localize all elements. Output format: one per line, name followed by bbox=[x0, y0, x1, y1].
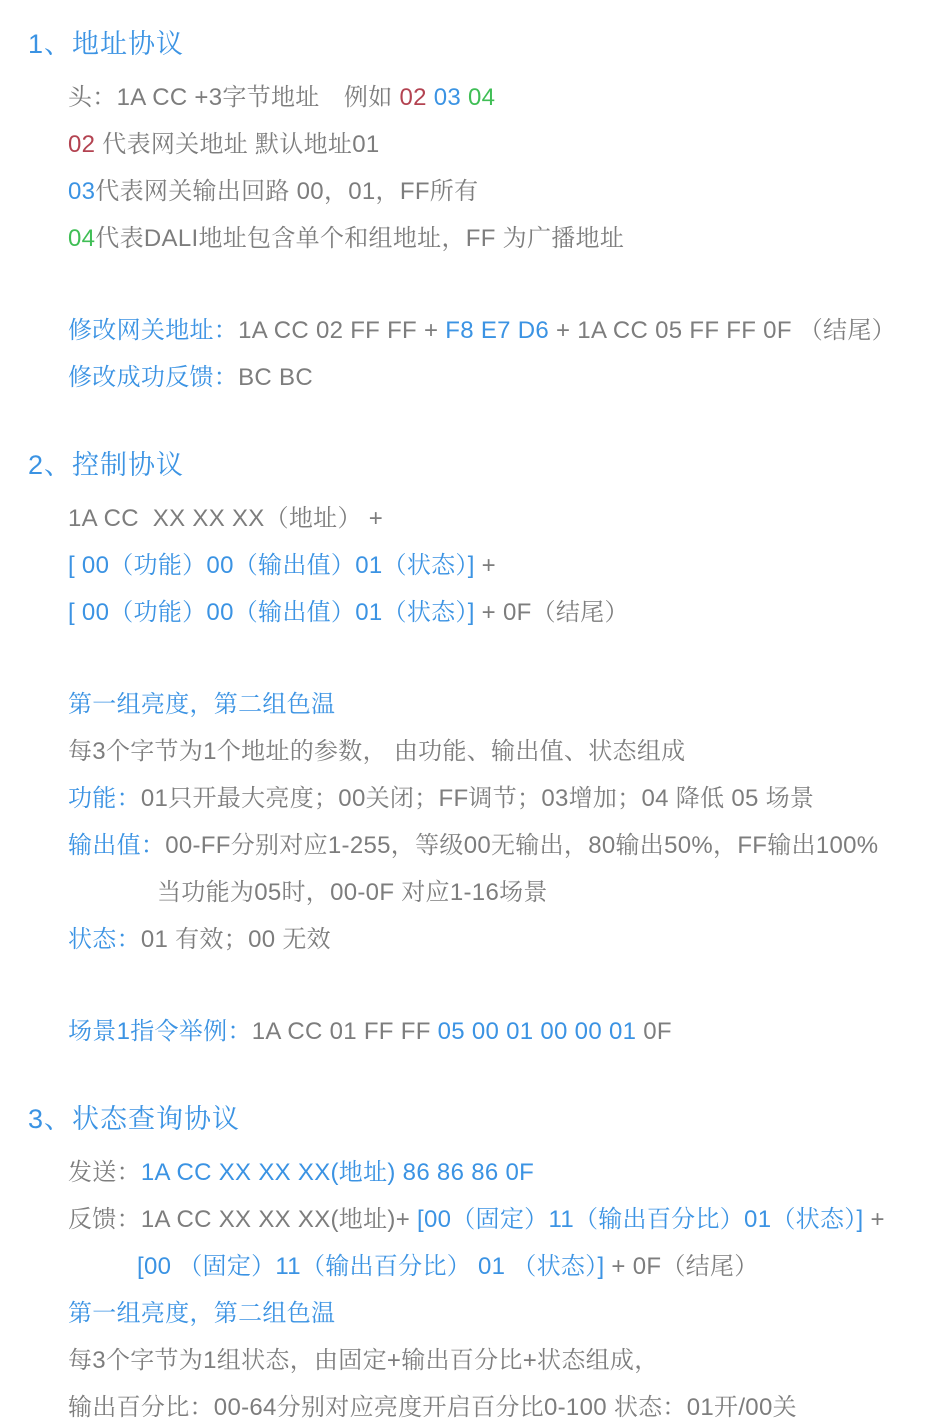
text-line: 03代表网关输出回路 00，01，FF所有 bbox=[68, 168, 920, 215]
section-body: 1A CC XX XX XX（地址） +[ 00（功能）00（输出值）01（状态… bbox=[68, 495, 920, 1055]
text-span: 第一组亮度，第二组色温 bbox=[68, 691, 335, 718]
text-span: 每3个字节为1组状态，由固定+输出百分比+状态组成， bbox=[68, 1347, 659, 1374]
text-span: 输出值： bbox=[68, 832, 165, 859]
section-body: 发送：1A CC XX XX XX(地址) 86 86 86 0F反馈：1A C… bbox=[68, 1149, 920, 1425]
text-block: 头：1A CC +3字节地址 例如 02 03 0402 代表网关地址 默认地址… bbox=[68, 74, 920, 262]
text-span: 1A CC XX XX XX(地址) 86 86 86 0F bbox=[141, 1159, 534, 1186]
text-span: [ 00（功能）00（输出值）01（状态）] bbox=[68, 552, 482, 579]
text-span bbox=[427, 84, 434, 111]
text-span: 1A CC 02 FF FF + bbox=[238, 317, 445, 344]
section-body: 头：1A CC +3字节地址 例如 02 03 0402 代表网关地址 默认地址… bbox=[68, 74, 920, 401]
text-line: [ 00（功能）00（输出值）01（状态）] + bbox=[68, 542, 920, 589]
text-line: 第一组亮度，第二组色温 bbox=[68, 681, 920, 728]
text-line: 场景1指令举例：1A CC 01 FF FF 05 00 01 00 00 01… bbox=[68, 1008, 920, 1055]
text-block: 第一组亮度，第二组色温每3个字节为1个地址的参数， 由功能、输出值、状态组成功能… bbox=[68, 681, 920, 963]
text-line: [00 （固定）11（输出百分比） 01 （状态）] + 0F（结尾） bbox=[68, 1243, 920, 1290]
text-line: 头：1A CC +3字节地址 例如 02 03 04 bbox=[68, 74, 920, 121]
text-span: 02 bbox=[399, 84, 426, 111]
text-line: 输出百分比：00-64分别对应亮度开启百分比0-100 状态：01开/00关 bbox=[68, 1384, 920, 1425]
text-line: 04代表DALI地址包含单个和组地址，FF 为广播地址 bbox=[68, 215, 920, 262]
text-span: 03 bbox=[68, 178, 95, 205]
text-line: 每3个字节为1个地址的参数， 由功能、输出值、状态组成 bbox=[68, 728, 920, 775]
text-line: 修改网关地址：1A CC 02 FF FF + F8 E7 D6 + 1A CC… bbox=[68, 307, 920, 354]
text-line: 1A CC XX XX XX（地址） + bbox=[68, 495, 920, 542]
sections: 1、地址协议头：1A CC +3字节地址 例如 02 03 0402 代表网关地… bbox=[28, 26, 920, 1425]
text-span: 修改网关地址： bbox=[68, 317, 238, 344]
text-block: 发送：1A CC XX XX XX(地址) 86 86 86 0F反馈：1A C… bbox=[68, 1149, 920, 1425]
text-span: BC BC bbox=[238, 364, 313, 391]
text-line: 发送：1A CC XX XX XX(地址) 86 86 86 0F bbox=[68, 1149, 920, 1196]
section-heading: 3、状态查询协议 bbox=[28, 1101, 920, 1137]
text-line: [ 00（功能）00（输出值）01（状态）] + 0F（结尾） bbox=[68, 589, 920, 636]
text-span: 00-FF分别对应1-255，等级00无输出，80输出50%，FF输出100% bbox=[165, 832, 878, 859]
text-span: 代表网关地址 默认地址01 bbox=[95, 131, 379, 158]
text-block: 修改网关地址：1A CC 02 FF FF + F8 E7 D6 + 1A CC… bbox=[68, 307, 920, 401]
text-span: 04 bbox=[468, 84, 495, 111]
text-span: 头：1A CC +3字节地址 例如 bbox=[68, 84, 399, 111]
text-span: 01只开最大亮度；00关闭；FF调节；03增加；04 降低 05 场景 bbox=[141, 785, 814, 812]
text-span: 04 bbox=[68, 225, 95, 252]
text-span bbox=[461, 84, 468, 111]
text-line: 每3个字节为1组状态，由固定+输出百分比+状态组成， bbox=[68, 1337, 920, 1384]
text-span: F8 E7 D6 bbox=[445, 317, 549, 344]
text-span: 状态： bbox=[68, 926, 141, 953]
text-span: 01 有效；00 无效 bbox=[141, 926, 331, 953]
protocol-document-page: { "colors": { "blue": "#3b93e3", "red": … bbox=[0, 0, 950, 1425]
text-span: + 1A CC 05 FF FF 0F （结尾） bbox=[549, 317, 896, 344]
text-line: 修改成功反馈：BC BC bbox=[68, 354, 920, 401]
text-span: 反馈：1A CC XX XX XX(地址)+ bbox=[68, 1206, 417, 1233]
text-span: + 0F（结尾） bbox=[482, 599, 629, 626]
text-block: 场景1指令举例：1A CC 01 FF FF 05 00 01 00 00 01… bbox=[68, 1008, 920, 1055]
text-span: 02 bbox=[68, 131, 95, 158]
section-2: 2、控制协议1A CC XX XX XX（地址） +[ 00（功能）00（输出值… bbox=[28, 447, 920, 1055]
text-span: + bbox=[482, 552, 496, 579]
section-1: 1、地址协议头：1A CC +3字节地址 例如 02 03 0402 代表网关地… bbox=[28, 26, 920, 401]
text-line: 状态：01 有效；00 无效 bbox=[68, 916, 920, 963]
text-block: 1A CC XX XX XX（地址） +[ 00（功能）00（输出值）01（状态… bbox=[68, 495, 920, 636]
text-span: 修改成功反馈： bbox=[68, 364, 238, 391]
text-line: 功能：01只开最大亮度；00关闭；FF调节；03增加；04 降低 05 场景 bbox=[68, 775, 920, 822]
text-span: 输出百分比：00-64分别对应亮度开启百分比0-100 状态：01开/00关 bbox=[68, 1394, 797, 1421]
section-3: 3、状态查询协议发送：1A CC XX XX XX(地址) 86 86 86 0… bbox=[28, 1101, 920, 1425]
text-span: + bbox=[871, 1206, 885, 1233]
text-line: 02 代表网关地址 默认地址01 bbox=[68, 121, 920, 168]
text-span: 场景1指令举例： bbox=[68, 1018, 252, 1045]
text-line: 当功能为05时，00-0F 对应1-16场景 bbox=[68, 869, 920, 916]
text-span: [ 00（功能）00（输出值）01（状态）] bbox=[68, 599, 482, 626]
text-line: 输出值：00-FF分别对应1-255，等级00无输出，80输出50%，FF输出1… bbox=[68, 822, 920, 869]
text-line: 第一组亮度，第二组色温 bbox=[68, 1290, 920, 1337]
text-span: [00 （固定）11（输出百分比） 01 （状态）] bbox=[137, 1253, 611, 1280]
text-span: 第一组亮度，第二组色温 bbox=[68, 1300, 335, 1327]
text-span: 发送： bbox=[68, 1159, 141, 1186]
text-span: 1A CC XX XX XX（地址） + bbox=[68, 505, 383, 532]
text-span: 每3个字节为1个地址的参数， 由功能、输出值、状态组成 bbox=[68, 738, 685, 765]
section-heading: 2、控制协议 bbox=[28, 447, 920, 483]
text-span: 1A CC 01 FF FF bbox=[252, 1018, 438, 1045]
protocol-document: 1、地址协议头：1A CC +3字节地址 例如 02 03 0402 代表网关地… bbox=[28, 26, 920, 1425]
text-span: 05 00 01 00 00 01 bbox=[438, 1018, 637, 1045]
text-span: 03 bbox=[434, 84, 461, 111]
text-span: 功能： bbox=[68, 785, 141, 812]
text-span: 代表网关输出回路 00，01，FF所有 bbox=[95, 178, 478, 205]
text-line: 反馈：1A CC XX XX XX(地址)+ [00（固定）11（输出百分比）0… bbox=[68, 1196, 920, 1243]
text-span: + 0F（结尾） bbox=[611, 1253, 758, 1280]
section-heading: 1、地址协议 bbox=[28, 26, 920, 62]
text-span: 当功能为05时，00-0F 对应1-16场景 bbox=[157, 879, 548, 906]
text-span: 代表DALI地址包含单个和组地址，FF 为广播地址 bbox=[95, 225, 624, 252]
text-span: 0F bbox=[636, 1018, 672, 1045]
text-span: [00（固定）11（输出百分比）01（状态）] bbox=[417, 1206, 871, 1233]
